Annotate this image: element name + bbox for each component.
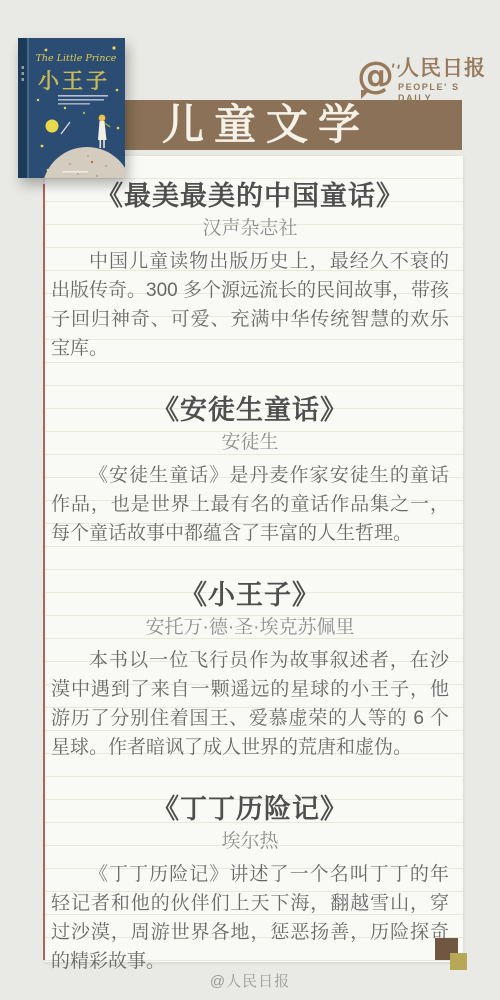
book-description: 《丁丁历险记》讲述了一个名叫丁丁的年轻记者和他的伙伴们上天下海，翻越雪山，穿过沙… [51,860,449,976]
little-prince-cover-art: The Little Prince 小王子 [18,38,125,178]
reading-list-card: 《最美最美的中国童话》 汉声杂志社 中国儿童读物出版历史上，最经久不衰的出版传奇… [45,156,463,962]
book-title: 《小王子》 [51,579,449,612]
book-cover-photo: The Little Prince 小王子 [18,38,125,178]
book-entry: 《安徒生童话》 安徒生 《安徒生童话》是丹麦作家安徒生的童话作品，也是世界上最有… [51,394,449,548]
book-description: 本书以一位飞行员作为故事叙述者，在沙漠中遇到了来自一颗遥远的星球的小王子，他游历… [51,646,449,762]
book-author: 汉声杂志社 [51,217,449,240]
logo-subtitle: PEOPLE' S DAILY [398,82,497,104]
book-description: 中国儿童读物出版历史上，最经久不衰的出版传奇。300 多个源远流长的民间故事，带… [51,247,449,363]
book-description: 《安徒生童话》是丹麦作家安徒生的童话作品，也是世界上最有名的童话作品集之一，每个… [51,461,449,548]
book-author: 安徒生 [51,431,449,454]
card-content: 《最美最美的中国童话》 汉声杂志社 中国儿童读物出版历史上，最经久不衰的出版传奇… [45,156,463,976]
infographic-page: 《最美最美的中国童话》 汉声杂志社 中国儿童读物出版历史上，最经久不衰的出版传奇… [0,0,500,1000]
moon-icon [46,120,59,133]
speech-bubble-tail-icon [361,90,370,99]
book-title: 《最美最美的中国童话》 [51,180,449,213]
logo-text: 人民日报 PEOPLE' S DAILY [398,56,497,104]
book-author: 安托万·德·圣·埃克苏佩里 [51,616,449,639]
corner-square-olive [450,953,467,970]
book-title: 《安徒生童话》 [51,394,449,427]
cover-title-zh: 小王子 [38,69,110,93]
logo-name: 人民日报 [398,56,497,82]
notebook-margin-line [43,184,45,960]
footer-watermark: @人民日报 [0,970,500,991]
peoples-daily-logo: @ '' 人民日报 PEOPLE' S DAILY [357,56,497,102]
book-author: 埃尔热 [51,830,449,853]
cover-title-en: The Little Prince [36,53,117,64]
book-entry: 《小王子》 安托万·德·圣·埃克苏佩里 本书以一位飞行员作为故事叙述者，在沙漠中… [51,579,449,762]
category-banner: 儿童文学 [122,100,462,150]
at-sign-icon: @ '' [357,56,394,96]
book-entry: 《丁丁历险记》 埃尔热 《丁丁历险记》讲述了一个名叫丁丁的年轻记者和他的伙伴们上… [51,793,449,976]
category-banner-label: 儿童文学 [162,100,370,150]
book-entry: 《最美最美的中国童话》 汉声杂志社 中国儿童读物出版历史上，最经久不衰的出版传奇… [51,180,449,363]
book-title: 《丁丁历险记》 [51,793,449,826]
